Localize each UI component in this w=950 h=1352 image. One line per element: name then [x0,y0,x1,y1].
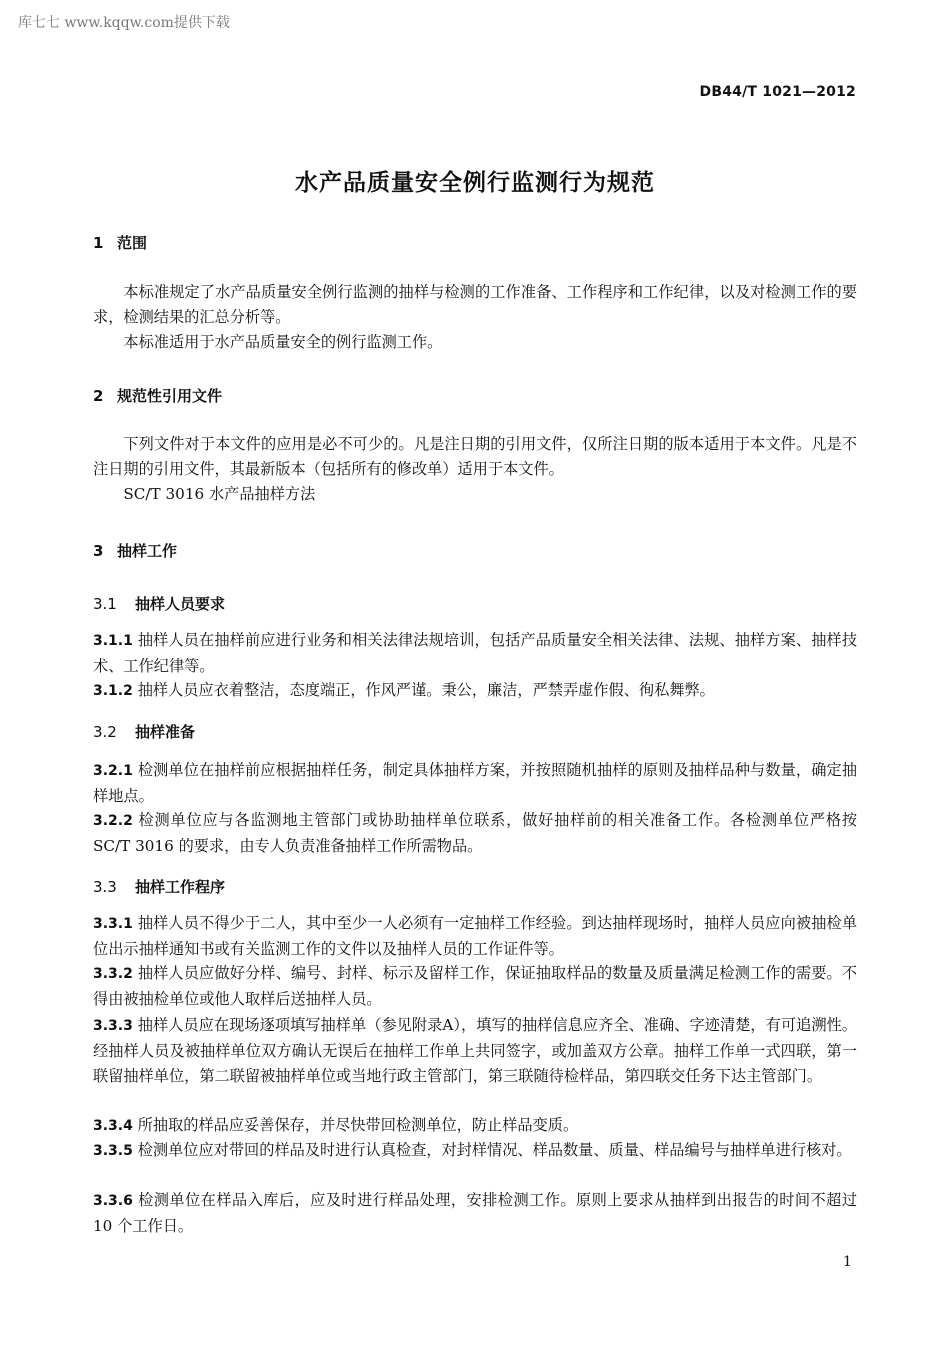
clause-3-2-1: 3.2.1 检测单位在抽样前应根据抽样任务，制定具体抽样方案，并按照随机抽样的原… [93,758,857,809]
section-1-para-1: 本标准规定了水产品质量安全例行监测的抽样与检测的工作准备、工作程序和工作纪律，以… [93,280,857,330]
section-1-heading: 1范围 [93,232,857,253]
clause-3-3-1: 3.3.1 抽样人员不得少于二人，其中至少一人必须有一定抽样工作经验。到达抽样现… [93,911,857,962]
clause-3-3-2: 3.3.2 抽样人员应做好分样、编号、封样、标示及留样工作，保证抽取样品的数量及… [93,961,857,1012]
section-1-para-2: 本标准适用于水产品质量安全的例行监测工作。 [93,330,857,355]
section-3-2-heading: 3.2抽样准备 [93,721,857,742]
clause-3-2-2: 3.2.2 检测单位应与各监测地主管部门或协助抽样单位联系，做好抽样前的相关准备… [93,808,857,859]
page-number: 1 [843,1254,852,1270]
section-3-3-heading: 3.3抽样工作程序 [93,876,857,897]
section-2-para-1: 下列文件对于本文件的应用是必不可少的。凡是注日期的引用文件，仅所注日期的版本适用… [93,432,857,482]
section-3-heading: 3抽样工作 [93,540,857,561]
clause-3-3-6: 3.3.6 检测单位在样品入库后，应及时进行样品处理，安排检测工作。原则上要求从… [93,1188,857,1239]
clause-3-1-2: 3.1.2 抽样人员应衣着整洁，态度端正，作风严谨。秉公，廉洁，严禁弄虚作假、徇… [93,678,857,704]
standard-code: DB44/T 1021—2012 [700,84,856,100]
document-title: 水产品质量安全例行监测行为规范 [0,164,950,197]
section-3-1-heading: 3.1抽样人员要求 [93,593,857,614]
section-2-heading: 2规范性引用文件 [93,385,857,406]
clause-3-3-4: 3.3.4 所抽取的样品应妥善保存，并尽快带回检测单位，防止样品变质。 [93,1113,857,1139]
clause-3-1-1: 3.1.1 抽样人员在抽样前应进行业务和相关法律法规培训，包括产品质量安全相关法… [93,628,857,679]
section-2-reference: SC/T 3016 水产品抽样方法 [93,482,857,507]
clause-3-3-5: 3.3.5 检测单位应对带回的样品及时进行认真检查，对封样情况、样品数量、质量、… [93,1138,857,1164]
watermark: 库七七 www.kqqw.com提供下载 [18,12,230,32]
clause-3-3-3: 3.3.3 抽样人员应在现场逐项填写抽样单（参见附录A），填写的抽样信息应齐全、… [93,1013,857,1089]
